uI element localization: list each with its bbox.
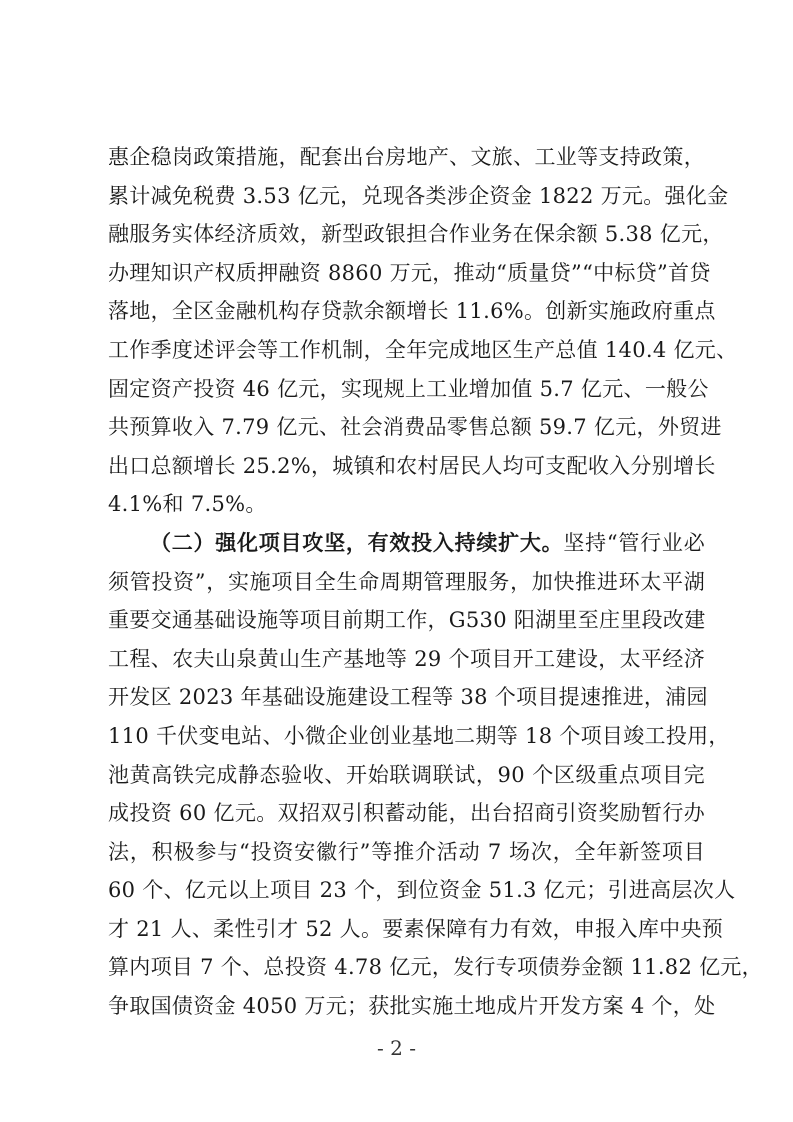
- page-number: - 2 -: [0, 1036, 793, 1060]
- section-heading-line: （二）强化项目攻坚，有效投入持续扩大。坚持“管行业必: [108, 524, 705, 563]
- text-line: 池黄高铁完成静态验收、开始联调联试，90 个区级重点项目完: [108, 756, 705, 795]
- text-line: 4.1%和 7.5%。: [108, 485, 705, 524]
- text-line: 工程、农夫山泉黄山生产基地等 29 个项目开工建设，太平经济: [108, 640, 705, 679]
- text-span: 坚持“管行业必: [563, 531, 705, 555]
- text-line: 惠企稳岗政策措施，配套出台房地产、文旅、工业等支持政策，: [108, 138, 705, 177]
- text-line: 成投资 60 亿元。双招双引积蓄动能，出台招商引资奖励暂行办: [108, 794, 705, 833]
- text-line: 共预算收入 7.79 亿元、社会消费品零售总额 59.7 亿元，外贸进: [108, 408, 705, 447]
- text-line: 争取国债资金 4050 万元；获批实施土地成片开发方案 4 个，处: [108, 987, 705, 1026]
- text-line: 开发区 2023 年基础设施建设工程等 38 个项目提速推进，浦园: [108, 678, 705, 717]
- text-line: 重要交通基础设施等项目前期工作，G530 阳湖里至庄里段改建: [108, 601, 705, 640]
- text-line: 累计减免税费 3.53 亿元，兑现各类涉企资金 1822 万元。强化金: [108, 177, 705, 216]
- text-line: 才 21 人、柔性引才 52 人。要素保障有力有效，申报入库中央预: [108, 910, 705, 949]
- text-line: 法，积极参与“投资安徽行”等推介活动 7 场次，全年新签项目: [108, 833, 705, 872]
- text-line: 110 千伏变电站、小微企业创业基地二期等 18 个项目竣工投用，: [108, 717, 705, 756]
- document-body: 惠企稳岗政策措施，配套出台房地产、文旅、工业等支持政策， 累计减免税费 3.53…: [108, 138, 705, 1026]
- text-line: 工作季度述评会等工作机制，全年完成地区生产总值 140.4 亿元、: [108, 331, 705, 370]
- text-line: 算内项目 7 个、总投资 4.78 亿元，发行专项债券金额 11.82 亿元，: [108, 948, 705, 987]
- text-line: 出口总额增长 25.2%，城镇和农村居民人均可支配收入分别增长: [108, 447, 705, 486]
- text-line: 固定资产投资 46 亿元，实现规上工业增加值 5.7 亿元、一般公: [108, 370, 705, 409]
- document-page: 惠企稳岗政策措施，配套出台房地产、文旅、工业等支持政策， 累计减免税费 3.53…: [0, 0, 793, 1122]
- text-line: 落地，全区金融机构存贷款余额增长 11.6%。创新实施政府重点: [108, 292, 705, 331]
- text-line: 融服务实体经济质效，新型政银担合作业务在保余额 5.38 亿元，: [108, 215, 705, 254]
- text-line: 60 个、亿元以上项目 23 个，到位资金 51.3 亿元；引进高层次人: [108, 871, 705, 910]
- text-line: 须管投资”，实施项目全生命周期管理服务，加快推进环太平湖: [108, 563, 705, 602]
- section-heading: （二）强化项目攻坚，有效投入持续扩大。: [150, 530, 563, 555]
- text-line: 办理知识产权质押融资 8860 万元，推动“质量贷”“中标贷”首贷: [108, 254, 705, 293]
